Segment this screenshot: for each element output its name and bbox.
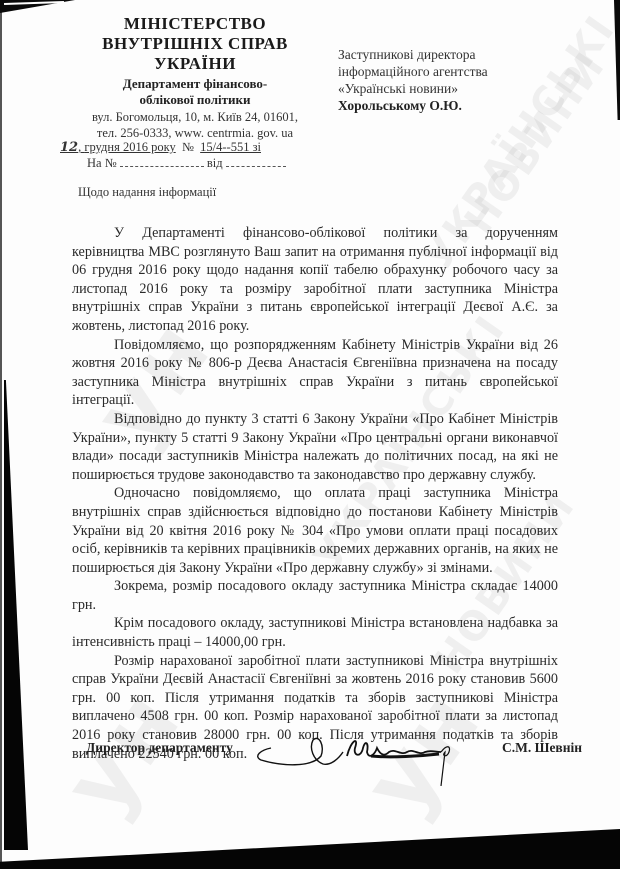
- signatory-name: С.М. Шевнін: [502, 740, 582, 756]
- address: вул. Богомольця, 10, м. Київ 24, 01601,: [80, 109, 310, 125]
- body-paragraph: У Департаменті фінансово-облікової політ…: [72, 224, 558, 336]
- body-paragraph: Зокрема, розмір посадового окладу заступ…: [72, 577, 558, 614]
- letterhead: МІНІСТЕРСТВО ВНУТРІШНІХ СПРАВ УКРАЇНИ Де…: [80, 14, 310, 141]
- recipient-line: інформаційного агентства: [338, 63, 488, 80]
- recipient-name: Хорольському О.Ю.: [338, 97, 488, 114]
- ministry-name-line: УКРАЇНИ: [80, 54, 310, 74]
- recipient-line: «Українські новини»: [338, 80, 488, 97]
- body-paragraph: Повідомляємо, що розпорядженням Кабінету…: [72, 336, 558, 410]
- scan-edge: [4, 380, 28, 850]
- ministry-name-line: МІНІСТЕРСТВО: [80, 14, 310, 34]
- letter-date: грудня 2016 року: [84, 140, 175, 154]
- department-name-line: облікової політики: [80, 92, 310, 108]
- subject-line: Щодо надання інформації: [78, 185, 216, 200]
- body-paragraph: Крім посадового окладу, заступникові Мін…: [72, 614, 558, 651]
- letter-number: 15/4--551 зі: [200, 140, 261, 154]
- department-name-line: Департамент фінансово-: [80, 76, 310, 92]
- outgoing-reference: 12, грудня 2016 року № 15/4--551 зі: [60, 140, 261, 155]
- handwritten-day: 12: [60, 140, 78, 155]
- scan-edge: [0, 829, 620, 869]
- scanned-letter: УКРАЇНСЬКІ НОВИНИ ун УКРАЇНСЬКІ ун ун НО…: [0, 0, 620, 869]
- number-label: №: [182, 140, 194, 154]
- recipient-block: Заступникові директора інформаційного аг…: [338, 46, 488, 114]
- body-paragraph: Одночасно повідомляємо, що оплата праці …: [72, 484, 558, 577]
- from-label: від: [207, 156, 223, 170]
- letter-body: У Департаменті фінансово-облікової політ…: [72, 224, 558, 763]
- signatory-title: Директор департаменту: [86, 740, 233, 756]
- reply-number-blank: [120, 155, 204, 167]
- contacts: тел. 256-0333, www. centrmia. gov. ua: [80, 125, 310, 141]
- scan-edge: [614, 0, 620, 120]
- recipient-line: Заступникові директора: [338, 46, 488, 63]
- signature-block: Директор департаменту С.М. Шевнін: [86, 736, 586, 776]
- incoming-reference: На № від: [87, 155, 286, 171]
- reply-label: На №: [87, 156, 117, 170]
- handwritten-signature-icon: [251, 726, 481, 786]
- ministry-name-line: ВНУТРІШНІХ СПРАВ: [80, 34, 310, 54]
- body-paragraph: Відповідно до пункту 3 статті 6 Закону У…: [72, 410, 558, 484]
- scan-edge: [0, 0, 2, 869]
- reply-date-blank: [226, 155, 286, 167]
